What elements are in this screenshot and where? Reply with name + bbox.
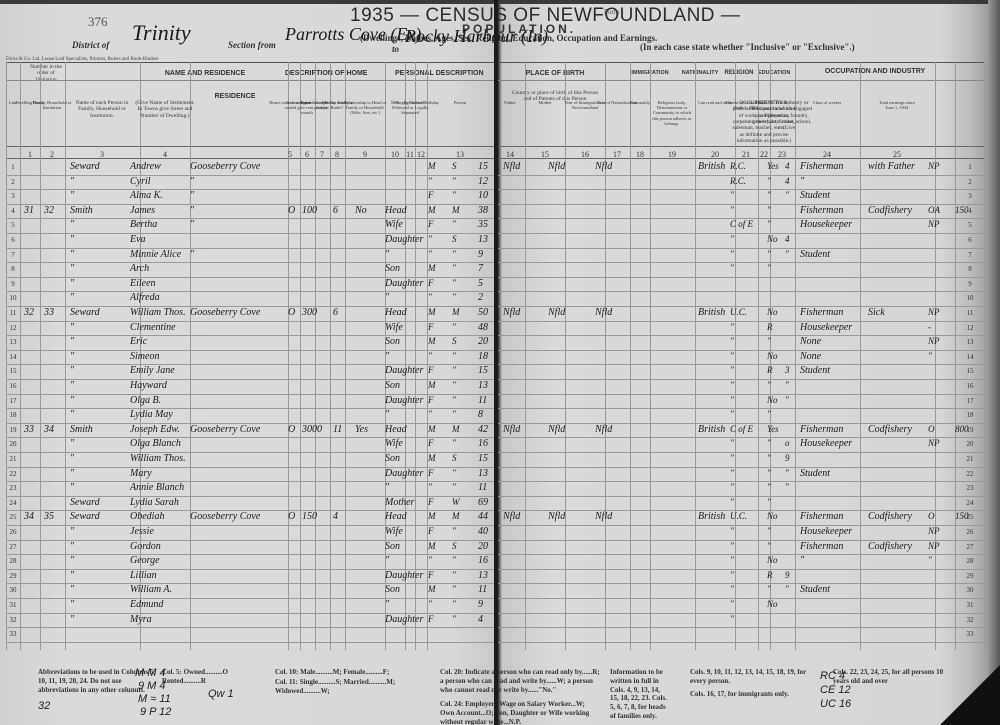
birth-person-cell: Nfld [503,307,520,318]
given-name-cell: Mary [130,468,152,479]
qw-note: Qw 1 [208,688,234,700]
sex-cell: M [428,161,436,171]
religion-cell: " [730,584,734,594]
age-cell: 12 [478,176,488,187]
read-write-cell: " [767,497,771,507]
surname-cell: " [70,234,74,245]
relationship-cell: " [385,482,389,493]
to-value: Rocky Harbour (In) [405,26,548,47]
birth-father-cell: Nfld [548,511,565,522]
line-number-right: 18 [962,411,978,419]
line-number-right: 33 [962,630,978,638]
relationship-cell: " [385,292,389,303]
marital-cell: " [452,599,456,609]
read-write-cell: " [767,409,771,419]
column-number: 12 [411,150,431,159]
given-name-cell: Olga B. [130,395,161,406]
relationship-cell: Head [385,511,407,522]
top-edge [0,0,1000,4]
sex-cell: " [428,555,432,565]
surname-cell: Seward [70,511,100,522]
surname-cell: " [70,541,74,552]
relationship-cell: Daughter [385,234,423,245]
age-cell: 4 [478,614,483,625]
religion-cell: " [730,526,734,536]
line-number: 12 [6,324,20,332]
read-write-cell: " [767,205,771,215]
religion-cell: " [730,322,734,332]
line-number-right: 8 [962,265,978,273]
relationship-cell: " [385,249,389,260]
line-number-right: 26 [962,528,978,536]
marital-cell: " [452,351,456,361]
read-write-cell: No [767,307,778,317]
column-divider [65,62,66,650]
relationship-cell: " [385,409,389,420]
group-personal: PERSONAL DESCRIPTION [395,70,475,77]
marital-cell: M [452,511,460,521]
age-cell: 11 [478,482,487,493]
sex-cell: F [428,570,434,580]
surname-cell: " [70,176,74,187]
dwelling-cell: 31 [24,205,34,216]
birth-person-cell: Nfld [503,161,520,172]
line-number-right: 30 [962,586,978,594]
marital-cell: M [452,307,460,317]
religion-cell: " [730,614,734,624]
school-months-cell: " [785,584,789,594]
age-cell: 13 [478,234,488,245]
line-number: 22 [6,470,20,478]
surname-cell: " [70,380,74,391]
page-number: 376 [88,14,108,30]
age-cell: 13 [478,380,488,391]
given-name-cell: Eric [130,336,147,347]
read-write-cell: No [767,395,778,405]
age-cell: 16 [478,438,488,449]
sex-cell: F [428,365,434,375]
marital-cell: W [452,497,460,507]
occupation-cell: Fisherman [800,424,843,435]
relationship-cell: Head [385,205,407,216]
age-cell: 2 [478,292,483,303]
marital-cell: " [452,365,456,375]
relationship-cell: Son [385,453,400,464]
school-months-cell: " [785,482,789,492]
marital-cell: " [452,190,456,200]
surname-cell: " [70,351,74,362]
class-cell: NP [928,307,940,317]
school-months-cell: " [785,468,789,478]
sex-cell: F [428,468,434,478]
page-edge [988,0,1000,725]
school-months-cell: " [785,380,789,390]
sex-cell: F [428,438,434,448]
age-cell: 18 [478,351,488,362]
read-write-cell: " [767,584,771,594]
group-name-residence: NAME AND RESIDENCE [130,70,280,77]
column-number: 18 [630,150,650,159]
line-number-right: 24 [962,499,978,507]
family-cell: 33 [44,307,54,318]
line-number: 1 [6,163,20,171]
read-write-cell: " [767,336,771,346]
school-months-cell: 9 [785,453,790,463]
read-write-cell: " [767,249,771,259]
district-value: Trinity [132,20,191,46]
line-number: 33 [6,630,20,638]
surname-cell: " [70,614,74,625]
inclusive-note: (In each case state whether "Inclusive" … [640,42,855,52]
relationship-cell: Son [385,336,400,347]
value-cell: 3000 [302,424,322,435]
occupation-cell: Fisherman [800,161,843,172]
given-name-cell: Eileen [130,278,156,289]
line-number-right: 13 [962,338,978,346]
school-months-cell: 9 [785,570,790,580]
marital-cell: " [452,292,456,302]
residence-cell: " [190,249,194,260]
footer-info: Information to be written in full in Col… [610,668,668,721]
relationship-cell: Son [385,380,400,391]
line-number-right: 2 [962,178,978,186]
rooms-cell: 6 [333,205,338,216]
page-corner-shadow [940,665,1000,725]
surname-cell: Seward [70,497,100,508]
line-number: 5 [6,221,20,229]
religion-cell: " [730,555,734,565]
column-number: 14 [500,150,520,159]
read-write-cell: " [767,453,771,463]
line-number: 17 [6,397,20,405]
class-cell: O [928,424,935,434]
line-number: 24 [6,499,20,507]
footer-cols9: Cols. 9, 10, 11, 12, 13, 14, 15, 18, 19,… [690,668,810,686]
age-cell: 50 [478,307,488,318]
religion-cell: " [730,541,734,551]
group-home: DESCRIPTION OF HOME [285,70,365,77]
relationship-cell: Head [385,424,407,435]
line-number: 30 [6,586,20,594]
tally-right-2: CE 12 [820,684,851,696]
relationship-cell: Wife [385,438,403,449]
marital-cell: " [452,263,456,273]
birth-father-cell: Nfld [548,424,565,435]
line-number: 7 [6,251,20,259]
value-cell: 100 [302,205,317,216]
sex-cell: " [428,482,432,492]
form-number: Form 1 [604,8,624,16]
residence-cell: Gooseberry Cove [190,424,260,435]
given-name-cell: James [130,205,155,216]
marital-cell: S [452,453,457,463]
surname-cell: " [70,453,74,464]
age-cell: 11 [478,395,487,406]
marital-cell: " [452,468,456,478]
age-cell: 15 [478,453,488,464]
given-name-cell: Emily Jane [130,365,175,376]
column-number: 19 [662,150,682,159]
surname-cell: " [70,409,74,420]
occupation-cell: " [800,555,804,566]
sex-cell: M [428,424,436,434]
given-name-cell: Arch [130,263,149,274]
footer-cols16: Cols. 16, 17, for immigrants only. [690,690,810,699]
marital-cell: " [452,584,456,594]
tally-left-3: M ≈ 11 [138,693,171,705]
religion-cell: " [730,409,734,419]
line-number-right: 10 [962,294,978,302]
line-number-right: 6 [962,236,978,244]
radio-cell: No [355,205,367,216]
industry-cell: Codfishery [868,424,912,435]
column-number: 8 [327,150,347,159]
line-number: 4 [6,207,20,215]
residence-cell: " [190,205,194,216]
religion-cell: " [730,468,734,478]
given-name-cell: Obediah [130,511,164,522]
marital-cell: " [452,438,456,448]
line-number: 27 [6,543,20,551]
school-months-cell: 3 [785,365,790,375]
page-mark: 32 [38,700,50,712]
surname-cell: " [70,395,74,406]
marital-cell: " [452,249,456,259]
line-number: 31 [6,601,20,609]
residence-cell: Gooseberry Cove [190,307,260,318]
to-label: to [392,44,399,54]
tally-left-4: 9 P 12 [140,706,171,718]
class-cell: NP [928,541,940,551]
line-number-right: 15 [962,367,978,375]
birth-mother-cell: Nfld [595,307,612,318]
religion-cell: " [730,263,734,273]
religion-cell: U.C. [730,511,747,521]
given-name-cell: William A. [130,584,172,595]
column-divider [650,62,651,650]
surname-cell: " [70,438,74,449]
age-cell: 11 [478,584,487,595]
age-cell: 5 [478,278,483,289]
relationship-cell: Daughter [385,278,423,289]
religion-cell: R.C. [730,176,746,186]
marital-cell: S [452,161,457,171]
column-divider [955,62,956,650]
surname-cell: " [70,292,74,303]
surname-cell: " [70,599,74,610]
dwelling-cell: 33 [24,424,34,435]
school-months-cell: 4 [785,176,790,186]
footer-col20: Col. 20: Indicate a person who can read … [440,668,600,694]
given-name-cell: Annie Blanch [130,482,184,493]
column-label: (Give Name of Settlement. In Towns give … [133,100,197,119]
column-divider [605,62,606,650]
sex-cell: " [428,409,432,419]
age-cell: 35 [478,219,488,230]
marital-cell: " [452,555,456,565]
line-number-right: 28 [962,557,978,565]
group-education: EDUCATION [758,70,788,76]
marital-cell: " [452,219,456,229]
religion-cell: " [730,570,734,580]
footer-col11: Col. 11: Single..........S; Married.....… [275,678,445,696]
religion-cell: " [730,482,734,492]
sex-cell: M [428,263,436,273]
column-label: Age at last Birthday [399,100,443,105]
marital-cell: " [452,395,456,405]
surname-cell: Seward [70,161,100,172]
dwelling-cell: 34 [24,511,34,522]
rooms-cell: 4 [333,511,338,522]
occupation-cell: Housekeeper [800,438,852,449]
line-number-right: 3 [962,192,978,200]
owned-cell: O [288,511,295,522]
occupation-cell: Student [800,468,830,479]
line-number: 14 [6,353,20,361]
class-cell: NP [928,526,940,536]
surname-cell: " [70,190,74,201]
age-cell: 42 [478,424,488,435]
sex-cell: M [428,584,436,594]
column-number: 23 [772,150,792,159]
tally-left-2: 9 M 4 [138,680,166,692]
given-name-cell: Edmund [130,599,163,610]
sex-cell: M [428,336,436,346]
line-number: 13 [6,338,20,346]
surname-cell: Smith [70,205,93,216]
line-number-right: 31 [962,601,978,609]
read-write-cell: " [767,190,771,200]
sex-cell: F [428,190,434,200]
line-number: 28 [6,557,20,565]
line-number: 23 [6,484,20,492]
occupation-cell: Fisherman [800,307,843,318]
birth-mother-cell: Nfld [595,511,612,522]
age-cell: 9 [478,249,483,260]
religion-cell: " [730,438,734,448]
line-number-right: 27 [962,543,978,551]
occupation-cell: Student [800,190,830,201]
read-write-cell: " [767,482,771,492]
line-number-right: 16 [962,382,978,390]
read-write-cell: R [767,322,773,332]
relationship-cell: Daughter [385,468,423,479]
sex-cell: M [428,541,436,551]
rooms-cell: 11 [333,424,342,435]
given-name-cell: Minnie Alice [130,249,181,260]
religion-cell: C of E [730,219,753,229]
read-write-cell: " [767,263,771,273]
family-cell: 34 [44,424,54,435]
relationship-cell: " [385,599,389,610]
owned-cell: O [288,307,295,318]
age-cell: 7 [478,263,483,274]
line-number-right: 21 [962,455,978,463]
line-number-right: 29 [962,572,978,580]
age-cell: 13 [478,468,488,479]
column-divider [935,62,936,650]
class-cell: " [928,351,932,361]
family-cell: 32 [44,205,54,216]
read-write-cell: No [767,599,778,609]
column-divider [985,62,986,650]
given-name-cell: Jessie [130,526,154,537]
earnings-cell: 150 [955,511,969,521]
residence-cell: Gooseberry Cove [190,161,260,172]
age-cell: 38 [478,205,488,216]
residence-cell: " [190,190,194,201]
line-number-right: 22 [962,470,978,478]
given-name-cell: Myra [130,614,152,625]
group-religion: RELIGION [724,70,754,76]
industry-cell: Codfishery [868,541,912,552]
birth-mother-cell: Nfld [595,424,612,435]
sex-cell: F [428,497,434,507]
marital-cell: S [452,541,457,551]
column-label: Person [438,100,482,105]
read-write-cell: " [767,438,771,448]
marital-cell: " [452,380,456,390]
industry-cell: Sick [868,307,885,318]
class-cell: NP [928,219,940,229]
given-name-cell: George [130,555,160,566]
religion-cell: " [730,351,734,361]
line-number-right: 20 [962,440,978,448]
occupation-cell: Fisherman [800,511,843,522]
line-number: 29 [6,572,20,580]
age-cell: 20 [478,541,488,552]
marital-cell: " [452,614,456,624]
group-residence: RESIDENCE [190,93,280,100]
column-divider [860,62,861,650]
nationality-cell: British [698,161,725,172]
column-number: 17 [607,150,627,159]
column-number: 25 [887,150,907,159]
line-number-right: 9 [962,280,978,288]
given-name-cell: Alma K. [130,190,163,201]
residence-cell: " [190,176,194,187]
school-months-cell: o [785,438,790,448]
class-cell: " [928,555,932,565]
age-cell: 16 [478,555,488,566]
column-divider [190,62,191,650]
marital-cell: S [452,336,457,346]
value-cell: 150 [302,511,317,522]
religion-cell: C of E [730,424,753,434]
column-divider [795,62,796,650]
class-cell: O [928,511,935,521]
read-write-cell: " [767,380,771,390]
line-number: 16 [6,382,20,390]
given-name-cell: Simeon [130,351,159,362]
relationship-cell: Daughter [385,395,423,406]
given-name-cell: Gordon [130,541,161,552]
birth-father-cell: Nfld [548,307,565,318]
column-number: 4 [155,150,175,159]
line-number-right: 12 [962,324,978,332]
dwelling-cell: 32 [24,307,34,318]
surname-cell: " [70,468,74,479]
line-number: 9 [6,280,20,288]
given-name-cell: Joseph Edw. [130,424,180,435]
given-name-cell: Lydia Sarah [130,497,179,508]
line-number: 8 [6,265,20,273]
age-cell: 48 [478,322,488,333]
earnings-cell: 800 [955,424,969,434]
age-cell: 10 [478,190,488,201]
sex-cell: F [428,614,434,624]
footer-cols22: Cols. 22, 23, 24, 25, for all persons 10… [833,668,948,686]
